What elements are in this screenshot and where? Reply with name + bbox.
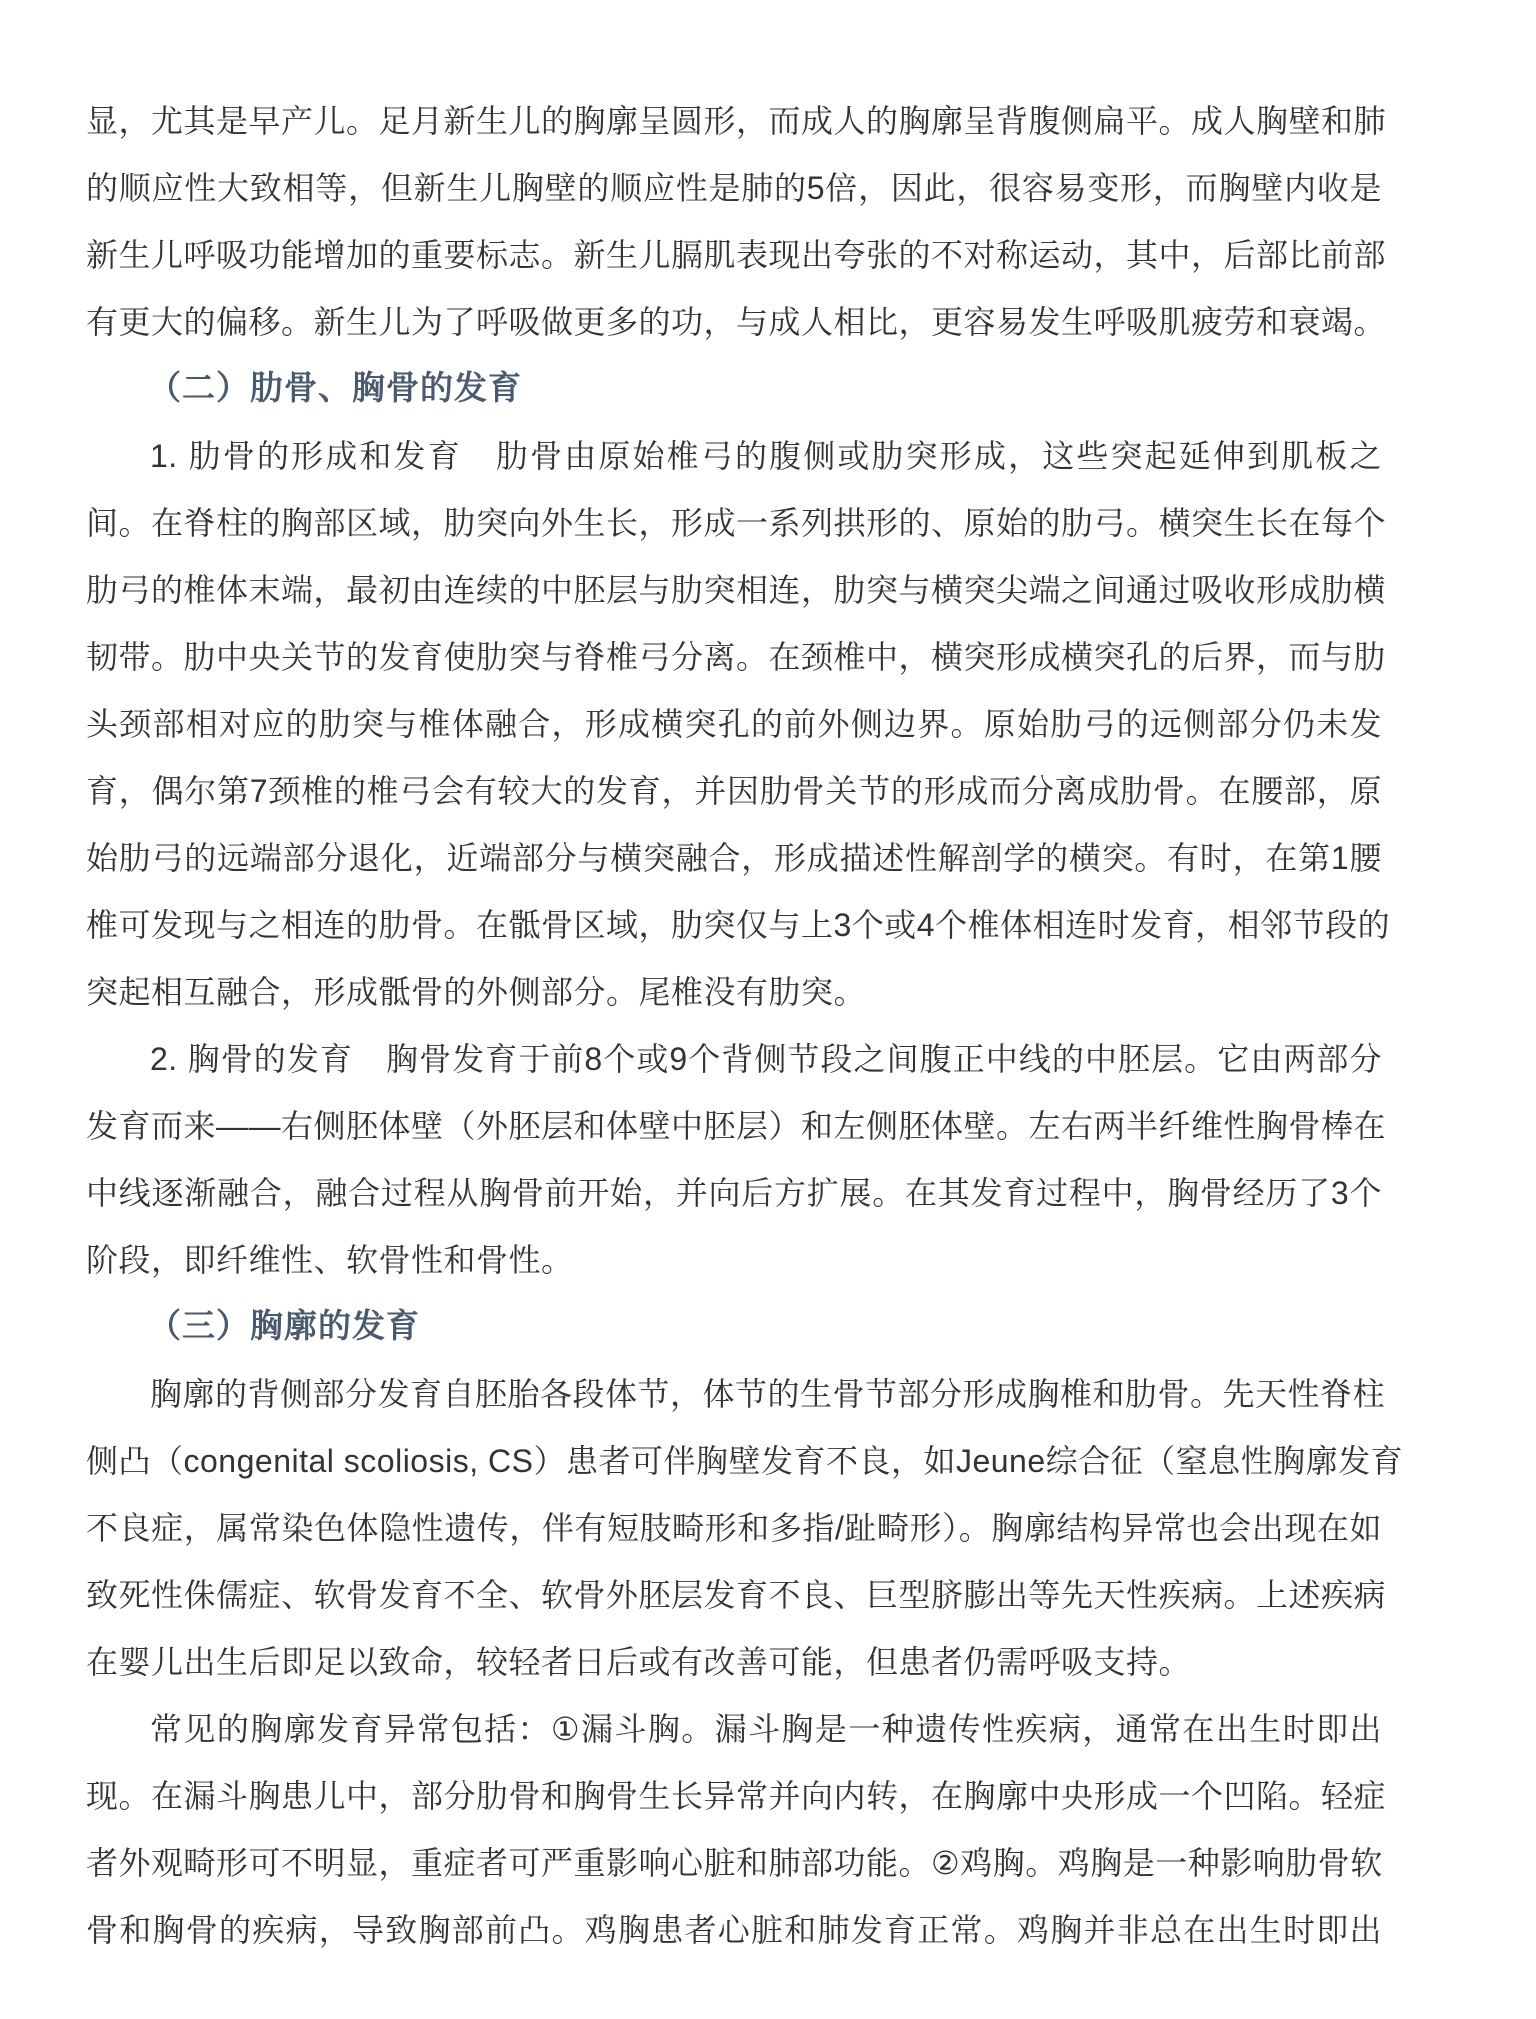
- text-line: 肋弓的椎体末端，最初由连续的中胚层与肋突相连，肋突与横突尖端之间通过吸收形成肋横: [86, 557, 1382, 624]
- text-line: 不良症，属常染色体隐性遗传，伴有短肢畸形和多指/趾畸形）。胸廓结构异常也会出现在…: [86, 1495, 1382, 1562]
- text-line: 现。在漏斗胸患儿中，部分肋骨和胸骨生长异常并向内转，在胸廓中央形成一个凹陷。轻症: [86, 1763, 1382, 1830]
- text-line: 突起相互融合，形成骶骨的外侧部分。尾椎没有肋突。: [86, 959, 1382, 1026]
- text-line: 中线逐渐融合，融合过程从胸骨前开始，并向后方扩展。在其发育过程中，胸骨经历了3个: [86, 1160, 1382, 1227]
- text-line: 骨和胸骨的疾病，导致胸部前凸。鸡胸患者心脏和肺发育正常。鸡胸并非总在出生时即出: [86, 1897, 1382, 1964]
- text-line: 2. 胸骨的发育 胸骨发育于前8个或9个背侧节段之间腹正中线的中胚层。它由两部分: [86, 1026, 1382, 1093]
- text-line: 头颈部相对应的肋突与椎体融合，形成横突孔的前外侧边界。原始肋弓的远侧部分仍未发: [86, 691, 1382, 758]
- text-line: 发育而来——右侧胚体壁（外胚层和体壁中胚层）和左侧胚体壁。左右两半纤维性胸骨棒在: [86, 1093, 1382, 1160]
- text-line: 间。在脊柱的胸部区域，肋突向外生长，形成一系列拱形的、原始的肋弓。横突生长在每个: [86, 490, 1382, 557]
- text-line: 常见的胸廓发育异常包括：①漏斗胸。漏斗胸是一种遗传性疾病，通常在出生时即出: [86, 1696, 1382, 1763]
- text-line: 新生儿呼吸功能增加的重要标志。新生儿膈肌表现出夸张的不对称运动，其中，后部比前部: [86, 222, 1382, 289]
- text-line: 显，尤其是早产儿。足月新生儿的胸廓呈圆形，而成人的胸廓呈背腹侧扁平。成人胸壁和肺: [86, 88, 1382, 155]
- text-line: 阶段，即纤维性、软骨性和骨性。: [86, 1227, 1382, 1294]
- text-line: 韧带。肋中央关节的发育使肋突与脊椎弓分离。在颈椎中，横突形成横突孔的后界，而与肋: [86, 624, 1382, 691]
- document-page: 显，尤其是早产儿。足月新生儿的胸廓呈圆形，而成人的胸廓呈背腹侧扁平。成人胸壁和肺…: [0, 0, 1536, 2019]
- text-line: 胸廓的背侧部分发育自胚胎各段体节，体节的生骨节部分形成胸椎和肋骨。先天性脊柱: [86, 1361, 1382, 1428]
- text-line: 有更大的偏移。新生儿为了呼吸做更多的功，与成人相比，更容易发生呼吸肌疲劳和衰竭。: [86, 289, 1382, 356]
- section-heading: （三）胸廓的发育: [86, 1294, 1382, 1361]
- text-line: 侧凸（congenital scoliosis, CS）患者可伴胸壁发育不良，如…: [86, 1428, 1382, 1495]
- text-line: 者外观畸形可不明显，重症者可严重影响心脏和肺部功能。②鸡胸。鸡胸是一种影响肋骨软: [86, 1830, 1382, 1897]
- text-line: 始肋弓的远端部分退化，近端部分与横突融合，形成描述性解剖学的横突。有时，在第1腰: [86, 825, 1382, 892]
- text-line: 1. 肋骨的形成和发育 肋骨由原始椎弓的腹侧或肋突形成，这些突起延伸到肌板之: [86, 423, 1382, 490]
- text-line: 椎可发现与之相连的肋骨。在骶骨区域，肋突仅与上3个或4个椎体相连时发育，相邻节段…: [86, 892, 1382, 959]
- text-line: 的顺应性大致相等，但新生儿胸壁的顺应性是肺的5倍，因此，很容易变形，而胸壁内收是: [86, 155, 1382, 222]
- text-line: 在婴儿出生后即足以致命，较轻者日后或有改善可能，但患者仍需呼吸支持。: [86, 1629, 1382, 1696]
- section-heading: （二）肋骨、胸骨的发育: [86, 356, 1382, 423]
- text-line: 育，偶尔第7颈椎的椎弓会有较大的发育，并因肋骨关节的形成而分离成肋骨。在腰部，原: [86, 758, 1382, 825]
- text-line: 致死性侏儒症、软骨发育不全、软骨外胚层发育不良、巨型脐膨出等先天性疾病。上述疾病: [86, 1562, 1382, 1629]
